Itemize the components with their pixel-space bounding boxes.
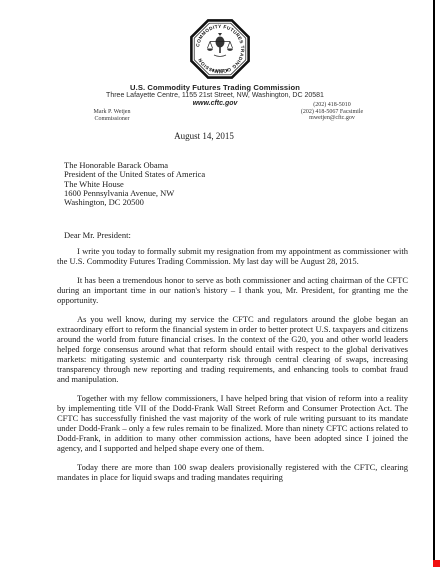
- cftc-seal-icon: COMMODITY FUTURES TRADING COMMISSION ★ 1…: [184, 15, 256, 83]
- seal-year: ★ 1975 ★: [211, 68, 229, 73]
- contact-email[interactable]: mwetjen@cftc.gov: [266, 115, 398, 122]
- scan-edge-line: [433, 0, 435, 563]
- seal-eagle-scales-icon: [207, 33, 233, 57]
- scan-corner-marker: [433, 560, 440, 567]
- org-name: U.S. Commodity Futures Trading Commissio…: [0, 83, 430, 92]
- paragraph: It has been a tremendous honor to serve …: [57, 275, 408, 305]
- letter-page: COMMODITY FUTURES TRADING COMMISSION ★ 1…: [0, 0, 440, 570]
- contact-phone: (202) 418-5010: [266, 102, 398, 109]
- recipient-line: Washington, DC 20500: [64, 198, 205, 207]
- salutation: Dear Mr. President:: [64, 230, 131, 240]
- letter-date: August 14, 2015: [0, 131, 408, 141]
- recipient-block: The Honorable Barack Obama President of …: [64, 161, 205, 207]
- org-address: Three Lafayette Centre, 1155 21st Street…: [0, 92, 430, 99]
- paragraph: Today there are more than 100 swap deale…: [57, 462, 408, 482]
- contact-block: (202) 418-5010 (202) 418-5067 Facsimile …: [266, 102, 398, 122]
- paragraph: I write you today to formally submit my …: [57, 246, 408, 266]
- letter-body: I write you today to formally submit my …: [57, 246, 408, 491]
- sender-block: Mark P. Wetjen Commissioner: [56, 109, 168, 122]
- sender-name: Mark P. Wetjen: [56, 109, 168, 116]
- sender-title: Commissioner: [56, 116, 168, 123]
- paragraph: Together with my fellow commissioners, I…: [57, 393, 408, 453]
- paragraph: As you well know, during my service the …: [57, 314, 408, 384]
